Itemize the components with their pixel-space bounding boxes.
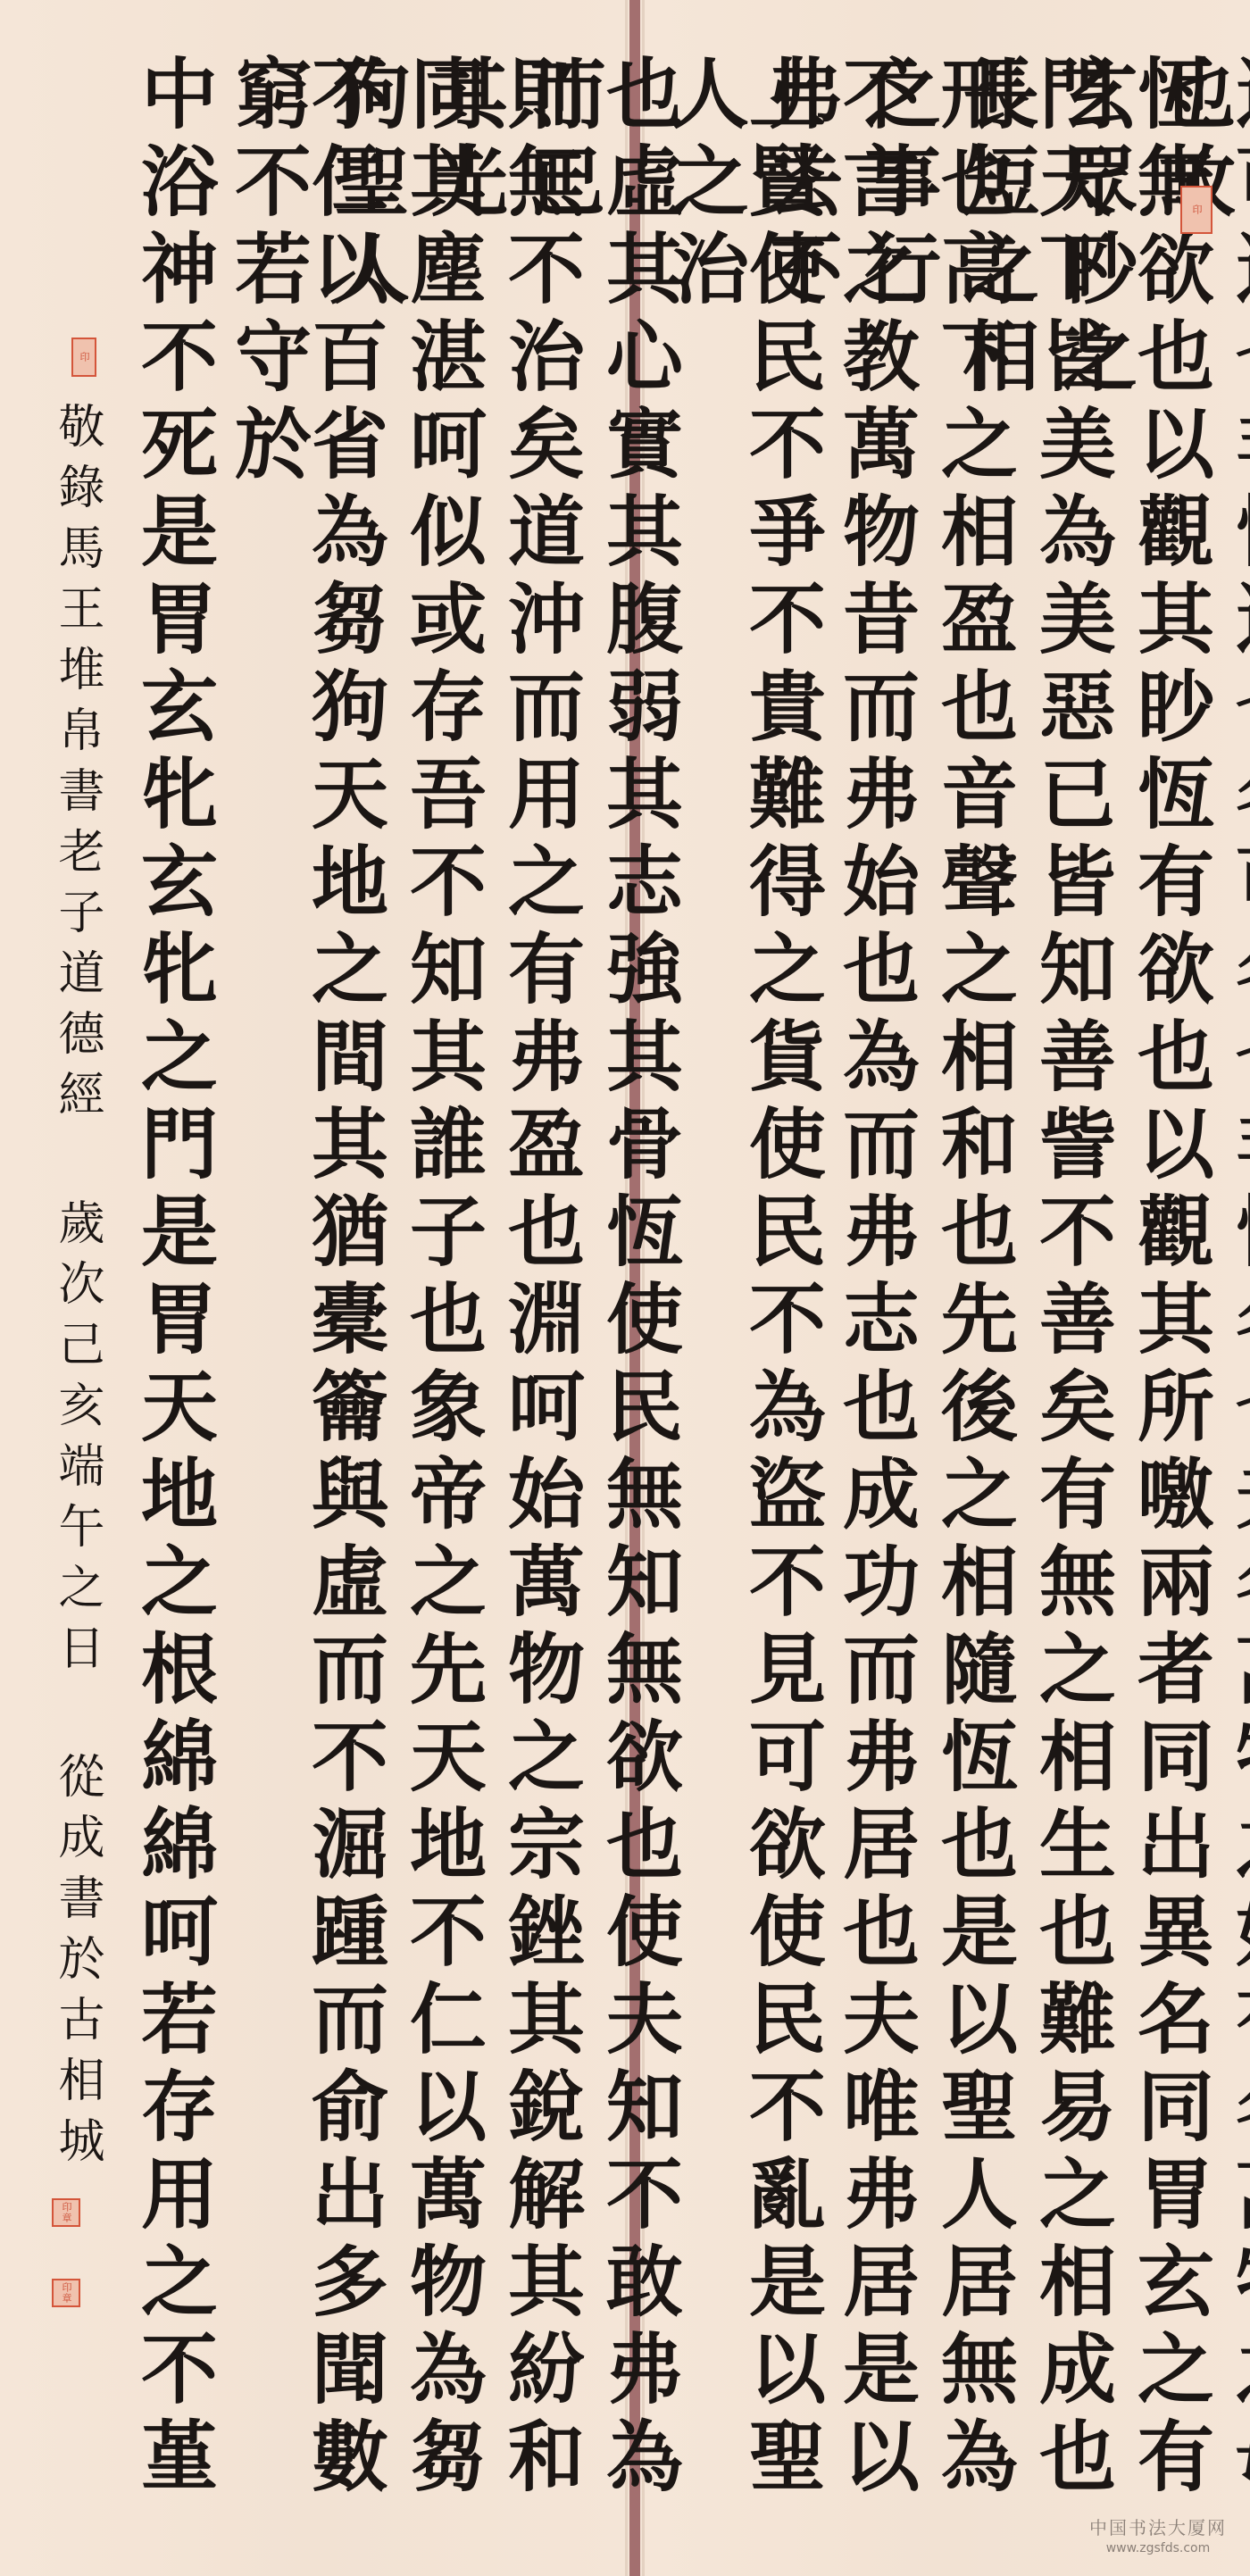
left-column-5: 中浴神不死是胃玄牝玄牝之門是胃天地之根綿綿呵若存用之不堇 xyxy=(134,54,211,2504)
watermark-chinese-text: 中国书法大厦网 xyxy=(1089,2513,1227,2539)
watermark-url: www.zgsfds.com xyxy=(1089,2541,1227,2555)
right-column-6: 上賢使民不爭不貴難得之貨使民不為盜不見可欲使民不亂是以聖人之治 xyxy=(665,54,819,2576)
inscription-column: 敬錄馬王堆帛書老子道德經 歲次己亥端午之日 從成書於古相城 xyxy=(54,402,100,2177)
left-column-4: 不仁以百省為芻狗天地之間其猶橐籥與虛而不淈踵而俞出多聞數窮不若守於 xyxy=(228,54,381,2576)
seal-left-lower-1: 印章 xyxy=(52,2198,80,2227)
seal-right-top: 印 xyxy=(1180,186,1212,234)
seal-left-lower-2: 印章 xyxy=(52,2279,80,2307)
seal-left-upper: 印 xyxy=(71,338,96,377)
site-watermark: 中国书法大厦网 www.zgsfds.com xyxy=(1089,2513,1227,2555)
